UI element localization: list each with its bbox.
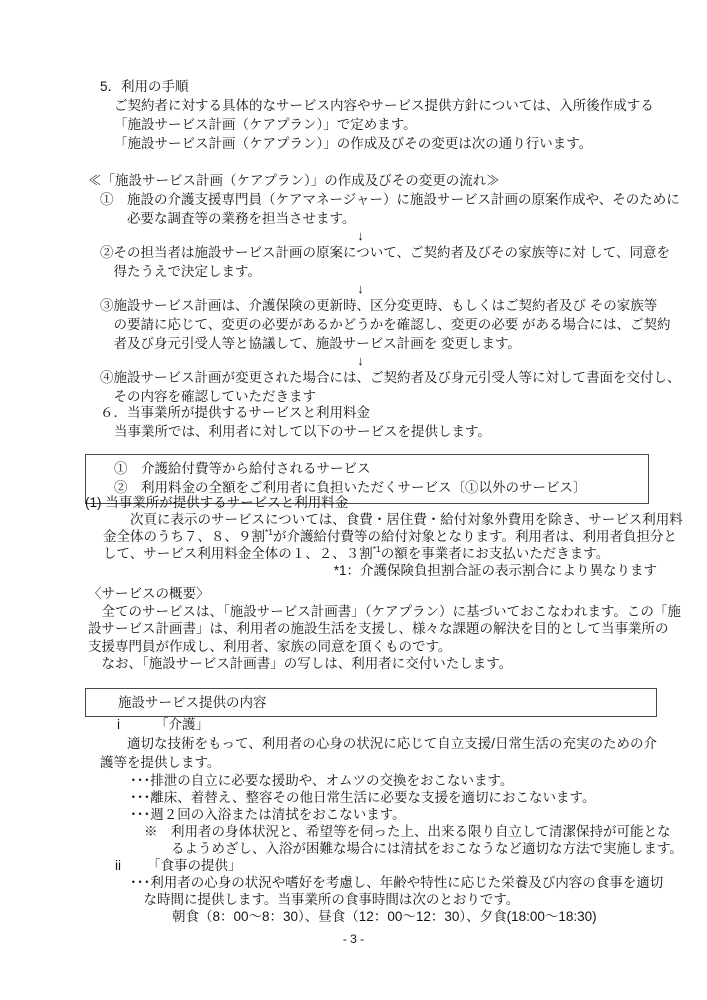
fee-line: の額を事業者にお支払いただきます。 (381, 546, 609, 561)
meals-item-title: 「食事の提供」 (147, 858, 242, 873)
meals-body: ･･･利用者の心身の状況や嗜好を考慮し、年齢や特性に応じた栄養及び内容の食事を適… (130, 874, 683, 908)
fee-line: して、サービス利用料金全体の１、２、３割 (103, 546, 373, 561)
care-body: 適切な技術をもって、利用者の心身の状況に応じて自立支援/日常生活の充実のための介… (100, 734, 683, 772)
care-item-label: i (117, 715, 155, 734)
section6-intro: 当事業所では、利用者に対して以下のサービスを提供します。 (114, 422, 491, 441)
fee-note: *1：介護保険負担割合証の表示割合により異なります (85, 562, 657, 579)
service-overview: 〈サービスの概要〉 全てのサービスは、「施設サービス計画書」（ケアプラン）に基づ… (88, 585, 681, 673)
section6-heading: ６．当事業所が提供するサービスと利用料金 (100, 403, 491, 422)
flow-title: ≪「施設サービス計画（ケアプラン）」の作成及びその変更の流れ≫ (88, 171, 681, 190)
section5-body: ご契約者に対する具体的なサービス内容やサービス提供方針については、入所後作成する… (114, 96, 654, 153)
overview-heading: 〈サービスの概要〉 (88, 585, 681, 603)
section5-heading: 5．利用の手順 (100, 77, 654, 96)
fee-paragraph: 次頁に表示のサービスについては、食費・居住費・給付対象外費用を除き、サービス利用… (103, 511, 683, 562)
care-bullets: ･･･排泄の自立に必要な援助や、オムツの交換をおこないます。 ･･･離床、着替え… (130, 772, 683, 823)
fee-superscript: *1 (265, 527, 273, 537)
down-arrow-icon: ↓ (88, 228, 633, 243)
down-arrow-icon: ↓ (88, 353, 633, 368)
flow-step-2: ②その担当者は施設サービス計画の原案について、ご契約者及びその家族等に対 して、… (100, 243, 681, 281)
service-type-item: ① 介護給付費等から給付されるサービス (114, 459, 648, 478)
care-item-header: i「介護」 (100, 715, 683, 734)
sub1-heading: (1) 当事業所が提供するサービスと利用料金 (85, 494, 683, 511)
care-note: ※ 利用者の身体状況と、希望等を伺った上、出来る限り自立して清潔保持が可能とな … (144, 823, 683, 857)
flow-step-4: ④施設サービス計画が変更された場合には、ご契約者及び身元引受人等に対して書面を交… (100, 368, 681, 406)
down-arrow-icon: ↓ (88, 281, 633, 296)
document-page: 5．利用の手順 ご契約者に対する具体的なサービス内容やサービス提供方針については… (0, 0, 707, 1000)
flow-step-1: ① 施設の介護支援専門員（ケアマネージャー）に施設サービス計画の原案作成や、その… (100, 190, 681, 228)
care-item-title: 「介護」 (155, 717, 209, 732)
meal-times: 朝食（8：00～8：30）、昼食（12：00～12：30）、夕食(18:00～1… (172, 908, 683, 925)
fee-line: が介護給付費等の給付対象となります。利用者は、利用者負担分と (273, 529, 677, 544)
page-number: - 3 - (0, 930, 707, 949)
fee-line: 金全体のうち７、８、９割 (103, 529, 265, 544)
content-box: 施設サービス提供の内容 (85, 688, 657, 717)
fee-line: 次頁に表示のサービスについては、食費・居住費・給付対象外費用を除き、サービス利用… (103, 512, 683, 527)
fee-superscript: *1 (373, 544, 381, 554)
content-box-heading: 施設サービス提供の内容 (118, 693, 656, 712)
section-5: 5．利用の手順 ご契約者に対する具体的なサービス内容やサービス提供方針については… (100, 77, 654, 153)
section-6: ６．当事業所が提供するサービスと利用料金 当事業所では、利用者に対して以下のサー… (100, 403, 491, 441)
careplan-flow: ≪「施設サービス計画（ケアプラン）」の作成及びその変更の流れ≫ ① 施設の介護支… (88, 171, 681, 406)
overview-body: 全てのサービスは、「施設サービス計画書」（ケアプラン）に基づいておこなわれます。… (88, 603, 681, 673)
meals-item-label: ii (115, 857, 147, 874)
meals-item-header: ii「食事の提供」 (100, 857, 683, 874)
fees-subsection: (1) 当事業所が提供するサービスと利用料金 次頁に表示のサービスについては、食… (85, 494, 683, 579)
service-content-details: i「介護」 適切な技術をもって、利用者の心身の状況に応じて自立支援/日常生活の充… (100, 715, 683, 925)
flow-step-3: ③施設サービス計画は、介護保険の更新時、区分変更時、もしくはご契約者及び その家… (100, 296, 681, 353)
